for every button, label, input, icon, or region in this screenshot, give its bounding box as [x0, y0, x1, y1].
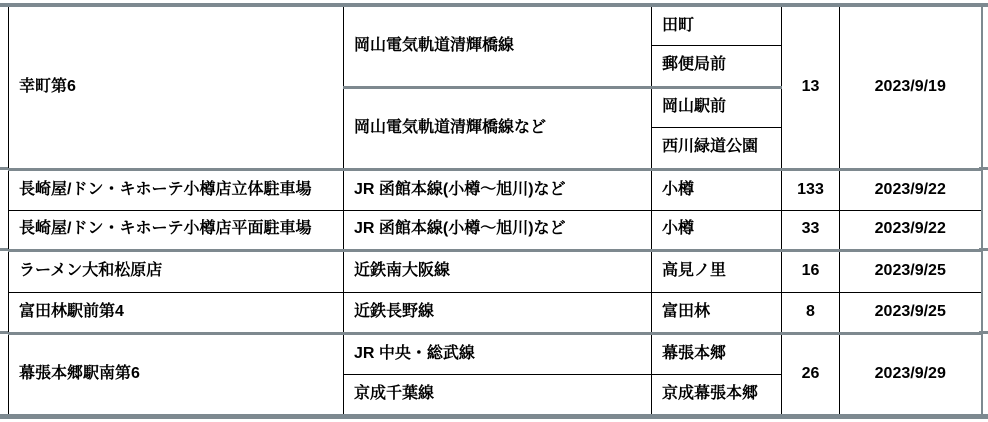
cell-count: 8	[782, 292, 840, 333]
cell-date: 2023/9/29	[840, 333, 982, 414]
cell-station-name: 田町	[652, 7, 782, 45]
cell-line-name: JR 函館本線(小樽～旭川)など	[344, 169, 652, 210]
cell-line-name: 近鉄長野線	[344, 292, 652, 333]
cell-date: 2023/9/19	[840, 7, 982, 169]
cell-station-name: 富田林	[652, 292, 782, 333]
cell-line-name: JR 中央・総武線	[344, 333, 652, 374]
cell-station-name: 京成幕張本郷	[652, 374, 782, 414]
cell-date: 2023/9/25	[840, 292, 982, 333]
cell-line-name: JR 函館本線(小樽～旭川)など	[344, 210, 652, 250]
parking-station-table: 幸町第6 岡山電気軌道清輝橋線 田町 13 2023/9/19 郵便局前 岡山電…	[8, 7, 983, 414]
cell-station-name: 高見ノ里	[652, 250, 782, 292]
table-row: 幸町第6 岡山電気軌道清輝橋線 田町 13 2023/9/19	[9, 7, 982, 45]
cell-date: 2023/9/25	[840, 250, 982, 292]
table-row: ラーメン大和松原店 近鉄南大阪線 高見ノ里 16 2023/9/25	[9, 250, 982, 292]
cell-station-name: 幕張本郷	[652, 333, 782, 374]
cell-station-name: 小樽	[652, 210, 782, 250]
cell-count: 13	[782, 7, 840, 169]
table-row: 富田林駅前第4 近鉄長野線 富田林 8 2023/9/25	[9, 292, 982, 333]
page: { "colors": { "grid_line_black": "#00000…	[0, 0, 988, 422]
cell-parking-name: 長崎屋/ドン・キホーテ小樽店平面駐車場	[9, 210, 344, 250]
cell-line-name: 京成千葉線	[344, 374, 652, 414]
cell-count: 16	[782, 250, 840, 292]
cell-count: 133	[782, 169, 840, 210]
cell-line-name: 近鉄南大阪線	[344, 250, 652, 292]
cell-count: 26	[782, 333, 840, 414]
cell-parking-name: ラーメン大和松原店	[9, 250, 344, 292]
table-row: 幕張本郷駅南第6 JR 中央・総武線 幕張本郷 26 2023/9/29	[9, 333, 982, 374]
cell-count: 33	[782, 210, 840, 250]
table-bottom-border-band	[0, 414, 988, 419]
cell-date: 2023/9/22	[840, 169, 982, 210]
cell-line-name: 岡山電気軌道清輝橋線	[344, 7, 652, 87]
cell-station-name: 岡山駅前	[652, 87, 782, 127]
cell-parking-name: 富田林駅前第4	[9, 292, 344, 333]
table-row: 長崎屋/ドン・キホーテ小樽店立体駐車場 JR 函館本線(小樽～旭川)など 小樽 …	[9, 169, 982, 210]
cell-parking-name: 幸町第6	[9, 7, 344, 169]
cell-parking-name: 長崎屋/ドン・キホーテ小樽店立体駐車場	[9, 169, 344, 210]
cell-parking-name: 幕張本郷駅南第6	[9, 333, 344, 414]
cell-date: 2023/9/22	[840, 210, 982, 250]
cell-station-name: 小樽	[652, 169, 782, 210]
table-row: 長崎屋/ドン・キホーテ小樽店平面駐車場 JR 函館本線(小樽～旭川)など 小樽 …	[9, 210, 982, 250]
cell-station-name: 郵便局前	[652, 45, 782, 87]
cell-station-name: 西川緑道公園	[652, 127, 782, 169]
cell-line-name: 岡山電気軌道清輝橋線など	[344, 87, 652, 169]
